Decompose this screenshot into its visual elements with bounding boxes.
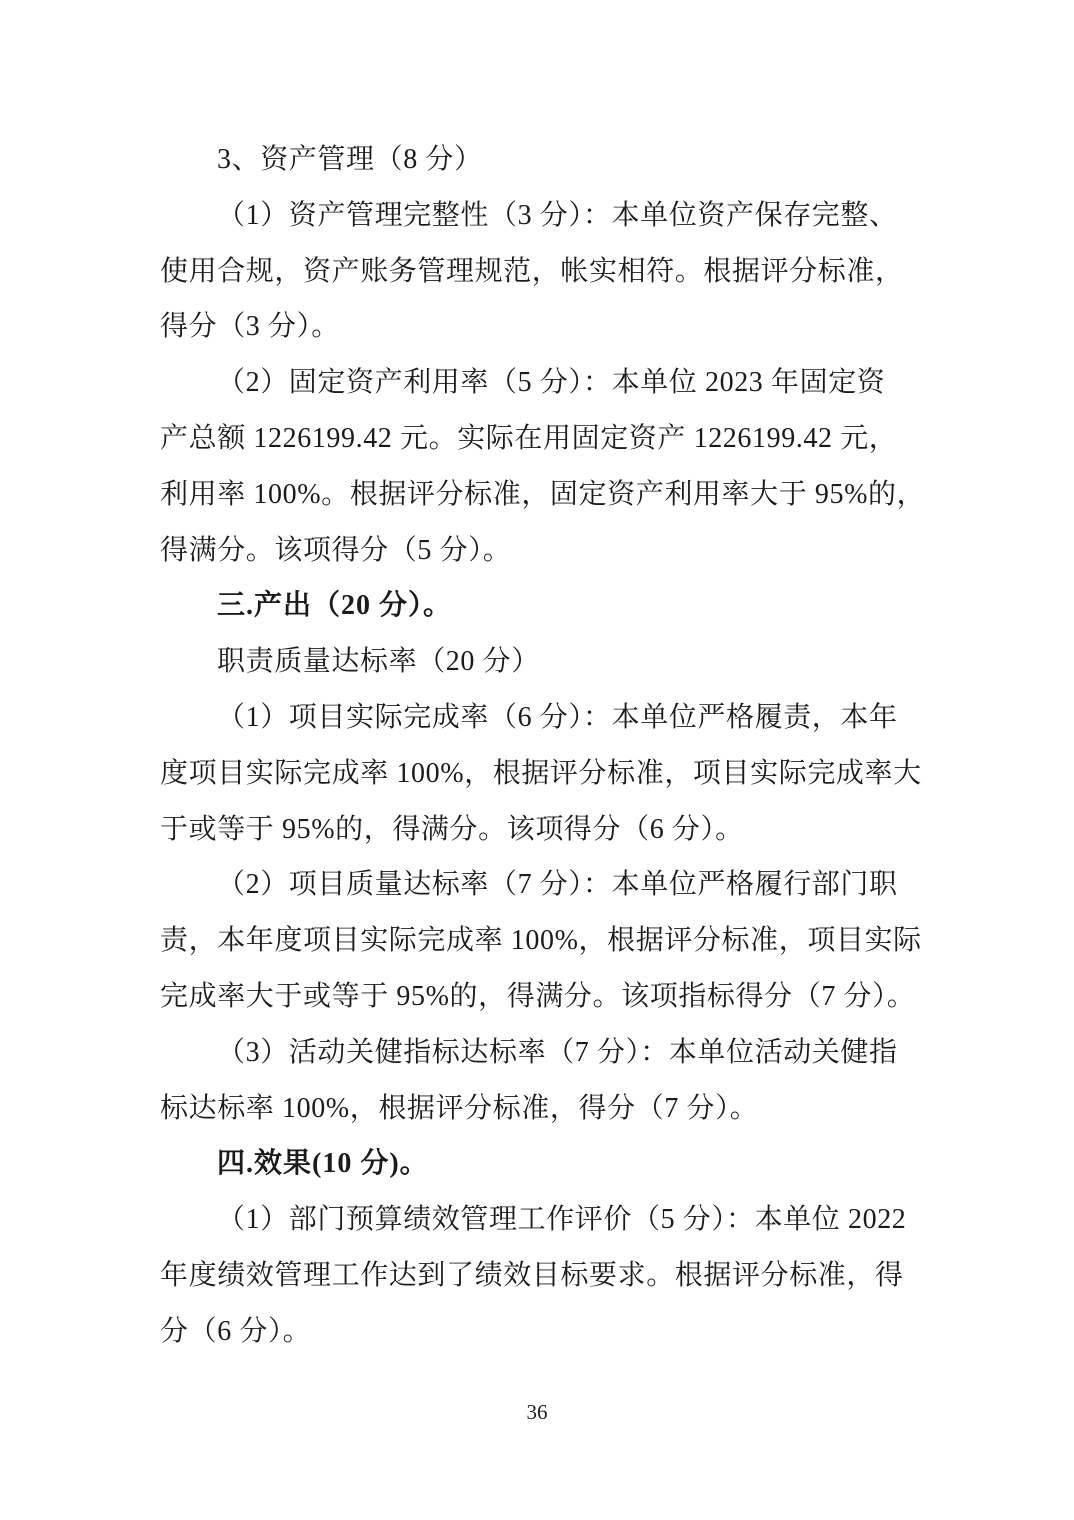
section-heading: 四.效果(10 分)。	[160, 1136, 920, 1192]
text-line: （2）固定资产利用率（5 分）：本单位 2023 年固定资	[160, 355, 920, 411]
text-line: （3）活动关健指标达标率（7 分）：本单位活动关健指	[160, 1025, 920, 1081]
text-line: （1）项目实际完成率（6 分）：本单位严格履责，本年	[160, 690, 920, 746]
text-line: 完成率大于或等于 95%的，得满分。该项指标得分（7 分）。	[160, 969, 920, 1025]
text-line: （2）项目质量达标率（7 分）：本单位严格履行部门职	[160, 857, 920, 913]
section-heading: 三.产出（20 分）。	[160, 578, 920, 634]
text-line: 分（6 分）。	[160, 1304, 920, 1360]
text-line: 年度绩效管理工作达到了绩效目标要求。根据评分标准，得	[160, 1248, 920, 1304]
text-line: 3、资产管理（8 分）	[160, 132, 920, 188]
page-number: 36	[0, 1398, 1074, 1426]
document-page: 3、资产管理（8 分）（1）资产管理完整性（3 分）：本单位资产保存完整、使用合…	[0, 0, 1074, 1520]
text-line: 于或等于 95%的，得满分。该项得分（6 分）。	[160, 802, 920, 858]
text-line: 利用率 100%。根据评分标准，固定资产利用率大于 95%的，	[160, 467, 920, 523]
text-line: 使用合规，资产账务管理规范，帐实相符。根据评分标准，	[160, 244, 920, 300]
text-line: 得满分。该项得分（5 分）。	[160, 523, 920, 579]
text-line: 得分（3 分）。	[160, 299, 920, 355]
text-line: 职责质量达标率（20 分）	[160, 634, 920, 690]
text-line: 标达标率 100%，根据评分标准，得分（7 分）。	[160, 1081, 920, 1137]
text-line: 产总额 1226199.42 元。实际在用固定资产 1226199.42 元，	[160, 411, 920, 467]
document-body: 3、资产管理（8 分）（1）资产管理完整性（3 分）：本单位资产保存完整、使用合…	[160, 132, 920, 1360]
text-line: 责，本年度项目实际完成率 100%，根据评分标准，项目实际	[160, 913, 920, 969]
text-line: 度项目实际完成率 100%，根据评分标准，项目实际完成率大	[160, 746, 920, 802]
text-line: （1）资产管理完整性（3 分）：本单位资产保存完整、	[160, 188, 920, 244]
text-line: （1）部门预算绩效管理工作评价（5 分）：本单位 2022	[160, 1192, 920, 1248]
